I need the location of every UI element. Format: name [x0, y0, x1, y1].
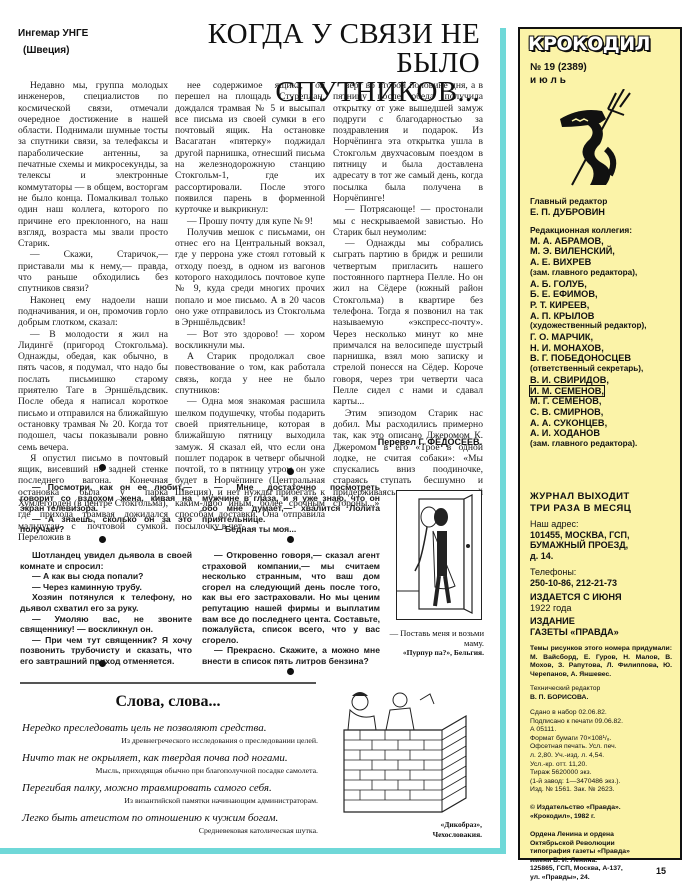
saying-item: Ничто так не окрыляет, как твердая почва… [22, 752, 318, 776]
themes-text: Темы рисунков этого номера придумали: М.… [530, 645, 672, 679]
board-member: А. А. СУКОНЦЕВ, [530, 418, 680, 429]
board-member: Б. Е. ЕФИМОВ, [530, 289, 680, 300]
saying-item: Нередко преследовать цель не позволяют с… [22, 722, 318, 746]
article-column-2: нее содержимое ящика, он перешел на площ… [175, 80, 325, 532]
words-section-title: Слова, слова... [18, 693, 318, 711]
board-member-role: (зам. главного редактора). [530, 439, 680, 450]
address-line: 101455, МОСКВА, ГСП, [530, 530, 680, 541]
copyright-block: © Издательство «Правда». «Крокодил», 198… [530, 804, 680, 821]
print-info-line: Тираж 5620000 экз. [530, 769, 680, 778]
paragraph: — Потрясающе! — простонали мы с нескрыва… [333, 204, 483, 238]
saying-source: Из византийской памятки начинающим админ… [22, 795, 318, 806]
caption-source: «Пурпур па?», Бельгия. [386, 648, 484, 658]
board-member: А. И. ХОДАНОВ [530, 428, 680, 439]
editorial-board-label: Редакционная коллегия: [530, 225, 680, 236]
board-member: Н. И. МОНАХОВ, [530, 343, 680, 354]
editorial-board-block: Редакционная коллегия: М. А. АБРАМОВ, М.… [530, 225, 680, 450]
saying-quote: Нередко преследовать цель не позволяют с… [22, 722, 318, 735]
section-divider [20, 682, 316, 684]
chief-editor-name: Е. П. ДУБРОВИН [530, 207, 680, 218]
board-member: М. Э. ВИЛЕНСКИЙ, [530, 246, 680, 257]
paragraph: — Вот это здорово! — хором воскликнули м… [175, 329, 325, 352]
joke-line: — При чем тут священник? Я хочу позвонит… [20, 635, 192, 667]
board-member: С. В. СМИРНОВ, [530, 407, 680, 418]
board-member: А. П. КРЫЛОВ [530, 311, 680, 322]
board-member: А. Б. ГОЛУБ, [530, 279, 680, 290]
saying-item: Легко быть атеистом по отношению к чужим… [22, 812, 318, 836]
print-info-line: А 05111. [530, 726, 680, 735]
joke-line: — Умоляю вас, не звоните священнику! — в… [20, 614, 192, 635]
board-member-role: (ответственный секретарь), [530, 364, 680, 375]
saying-item: Перегибая палку, можно травмировать само… [22, 782, 318, 806]
printer-line: имени В. И. Ленина. [530, 857, 680, 866]
themes-block: Темы рисунков этого номера придумали: М.… [530, 645, 672, 679]
board-member: М. А. АБРАМОВ, [530, 236, 680, 247]
issue-month: июль [530, 74, 587, 87]
cartoon-brick-wall-illustration [330, 690, 490, 820]
caption-source: «Дикобраз», Чехословакия. [400, 820, 482, 840]
copyright-line: «Крокодил», 1982 г. [530, 813, 680, 822]
issue-info: № 19 (2389) июль [530, 61, 587, 87]
joke-left-1: — Посмотри, как он ее любит,— говорит со… [20, 482, 192, 535]
joke-line: — Откровенно говоря,— сказал агент страх… [202, 550, 380, 645]
issue-number: № 19 (2389) [530, 61, 587, 74]
paragraph: — Скажи, Старичок,— приставали мы к нему… [18, 249, 168, 294]
author-name: Ингемар УНГЕ [18, 28, 88, 39]
magazine-logo: КРОКОДИЛ [528, 33, 650, 55]
board-member-role: (зам. главного редактора), [530, 268, 680, 279]
phones-label: Телефоны: [530, 567, 680, 578]
frequency-block: ЖУРНАЛ ВЫХОДИТ ТРИ РАЗА В МЕСЯЦ [530, 491, 680, 515]
joke-right-2: — Откровенно говоря,— сказал агент страх… [202, 550, 380, 667]
print-info-line: (1-й завод: 1—3470486 экз.). [530, 778, 680, 787]
joke-line: — Прекрасно. Скажите, а можно мне внести… [202, 645, 380, 666]
joke-line: — Посмотри, как он ее любит,— говорит со… [20, 482, 192, 514]
print-info-line: Усл.-кр. отт. 11,20. [530, 761, 680, 770]
joke-line: Шотландец увидел дьявола в своей комнате… [20, 550, 192, 571]
translator-credit: Перевел Г. ФЕДОСЕЕВ. [360, 437, 482, 447]
printer-line: типография газеты «Правда» [530, 848, 680, 857]
page-number: 15 [656, 866, 666, 876]
printer-line: Ордена Ленина и ордена [530, 831, 680, 840]
publisher-line: ИЗДАНИЕ [530, 616, 680, 627]
address-block: Наш адрес: 101455, МОСКВА, ГСП, БУМАЖНЫЙ… [530, 519, 680, 562]
joke-line: — А знаешь, сколько он за это получает? [20, 514, 192, 535]
joke-right-1: — Мне достаточно посмотреть мужчине в гл… [202, 482, 380, 535]
publisher-block: ИЗДАНИЕ ГАЗЕТЫ «ПРАВДА» [530, 616, 680, 637]
print-info-line: Формат бумаги 70×108¹/₈. [530, 735, 680, 744]
publisher-line: ГАЗЕТЫ «ПРАВДА» [530, 627, 680, 638]
cartoon-doorway-caption: — Поставь меня и возьми маму. «Пурпур па… [386, 628, 484, 658]
phones-block: Телефоны: 250-10-86, 212-21-73 [530, 567, 680, 588]
paragraph: нее содержимое ящика, он перешел на площ… [175, 80, 325, 216]
bullet-separator-icon [287, 536, 294, 543]
board-member: Г. О. МАРЧИК, [530, 332, 680, 343]
board-member: А. Е. ВИХРЕВ [530, 257, 680, 268]
saying-source: Мысль, приходящая обычно при благополучн… [22, 765, 318, 776]
joke-line: — Через каминную трубу. [20, 582, 192, 593]
cyan-accent-bar-vertical [500, 28, 506, 853]
cartoon-doorway-illustration [396, 490, 482, 620]
saying-quote: Ничто так не окрыляет, как твердая почва… [22, 752, 318, 765]
address-label: Наш адрес: [530, 519, 680, 530]
frequency-line: ТРИ РАЗА В МЕСЯЦ [530, 503, 680, 515]
print-info-block: Сдано в набор 02.06.82. Подписано к печа… [530, 709, 680, 795]
masthead-sidebar: КРОКОДИЛ № 19 (2389) июль Главный редакт… [518, 27, 682, 860]
article-title-line1: КОГДА У СВЯЗИ НЕ БЫЛО [140, 20, 480, 78]
saying-quote: Легко быть атеистом по отношению к чужим… [22, 812, 318, 825]
saying-source: Из древнегреческого исследования о пресл… [22, 735, 318, 746]
phones-value: 250-10-86, 212-21-73 [530, 578, 680, 589]
copyright-line: © Издательство «Правда». [530, 804, 680, 813]
print-info-line: Подписано к печати 09.06.82. [530, 718, 680, 727]
joke-line: — Бедная ты моя... [202, 524, 380, 535]
since-line: 1922 года [530, 603, 680, 614]
cyan-accent-bar-horizontal [0, 848, 506, 854]
joke-line: Хозяин потянулся к телефону, но дьявол с… [20, 592, 192, 613]
since-block: ИЗДАЕТСЯ С ИЮНЯ 1922 года [530, 592, 680, 613]
address-line: БУМАЖНЫЙ ПРОЕЗД, [530, 540, 680, 551]
print-info-line: Сдано в набор 02.06.82. [530, 709, 680, 718]
board-member: В. Г. ПОБЕДОНОСЦЕВ [530, 353, 680, 364]
print-info-line: Офсетная печать. Усл. печ. [530, 743, 680, 752]
paragraph: — Прошу почту для купе № 9! [175, 216, 325, 227]
paragraph: А Старик продолжал свое повествование о … [175, 351, 325, 396]
caption-text: — Поставь меня и возьми маму. [386, 628, 484, 648]
crocodile-with-pitchfork-icon [550, 89, 640, 189]
print-info-line: Изд. № 1561. Зак. № 2623. [530, 786, 680, 795]
saying-quote: Перегибая палку, можно травмировать само… [22, 782, 318, 795]
board-member: В. И. СВИРИДОВ, [530, 375, 680, 386]
since-line: ИЗДАЕТСЯ С ИЮНЯ [530, 592, 680, 603]
paragraph: верг во второй половине дня, а в пятницу… [333, 80, 483, 204]
chief-editor-label: Главный редактор [530, 196, 680, 207]
paragraph: Наконец ему надоели наши подначивания, и… [18, 295, 168, 329]
address-line: д. 14. [530, 551, 680, 562]
board-member-boxed: И. М. СЕМЕНОВ, [530, 386, 604, 396]
board-member-role: (художественный редактор), [530, 321, 680, 332]
men-behind-brick-wall-drawing-icon [330, 690, 490, 820]
printer-line: Октябрьской Революции [530, 840, 680, 849]
couple-doorway-drawing-icon [397, 491, 480, 618]
author-byline: Ингемар УНГЕ (Швеция) [18, 27, 138, 58]
bullet-separator-icon [287, 468, 294, 475]
print-info-line: л. 2,80. Уч.-изд. л. 4,54. [530, 752, 680, 761]
joke-left-2: Шотландец увидел дьявола в своей комнате… [20, 550, 192, 667]
paragraph: Недавно мы, группа молодых инженеров, сп… [18, 80, 168, 249]
joke-line: — А как вы сюда попали? [20, 571, 192, 582]
article-column-1: Недавно мы, группа молодых инженеров, сп… [18, 80, 168, 543]
board-member: Р. Т. КИРЕЕВ, [530, 300, 680, 311]
paragraph: — Однажды мы собрались сыграть партию в … [333, 238, 483, 407]
chief-editor-block: Главный редактор Е. П. ДУБРОВИН [530, 196, 680, 217]
author-country: (Швеция) [18, 44, 138, 58]
joke-line: — Мне достаточно посмотреть мужчине в гл… [202, 482, 380, 524]
board-member: М. Г. СЕМЕНОВ, [530, 396, 680, 407]
frequency-line: ЖУРНАЛ ВЫХОДИТ [530, 491, 680, 503]
bullet-separator-icon [287, 668, 294, 675]
cartoon-brick-wall-caption: «Дикобраз», Чехословакия. [400, 820, 482, 840]
paragraph: Получив мешок с письмами, он отнес его н… [175, 227, 325, 329]
tech-editor-block: Технический редактор В. П. БОРИСОВА. [530, 685, 680, 702]
tech-editor-label: Технический редактор [530, 685, 680, 694]
bullet-separator-icon [99, 536, 106, 543]
saying-source: Средневековая католическая шутка. [22, 825, 318, 836]
bullet-separator-icon [99, 464, 106, 471]
tech-editor-name: В. П. БОРИСОВА. [530, 694, 680, 703]
paragraph: — В молодости я жил на Лидингё (пригород… [18, 329, 168, 453]
